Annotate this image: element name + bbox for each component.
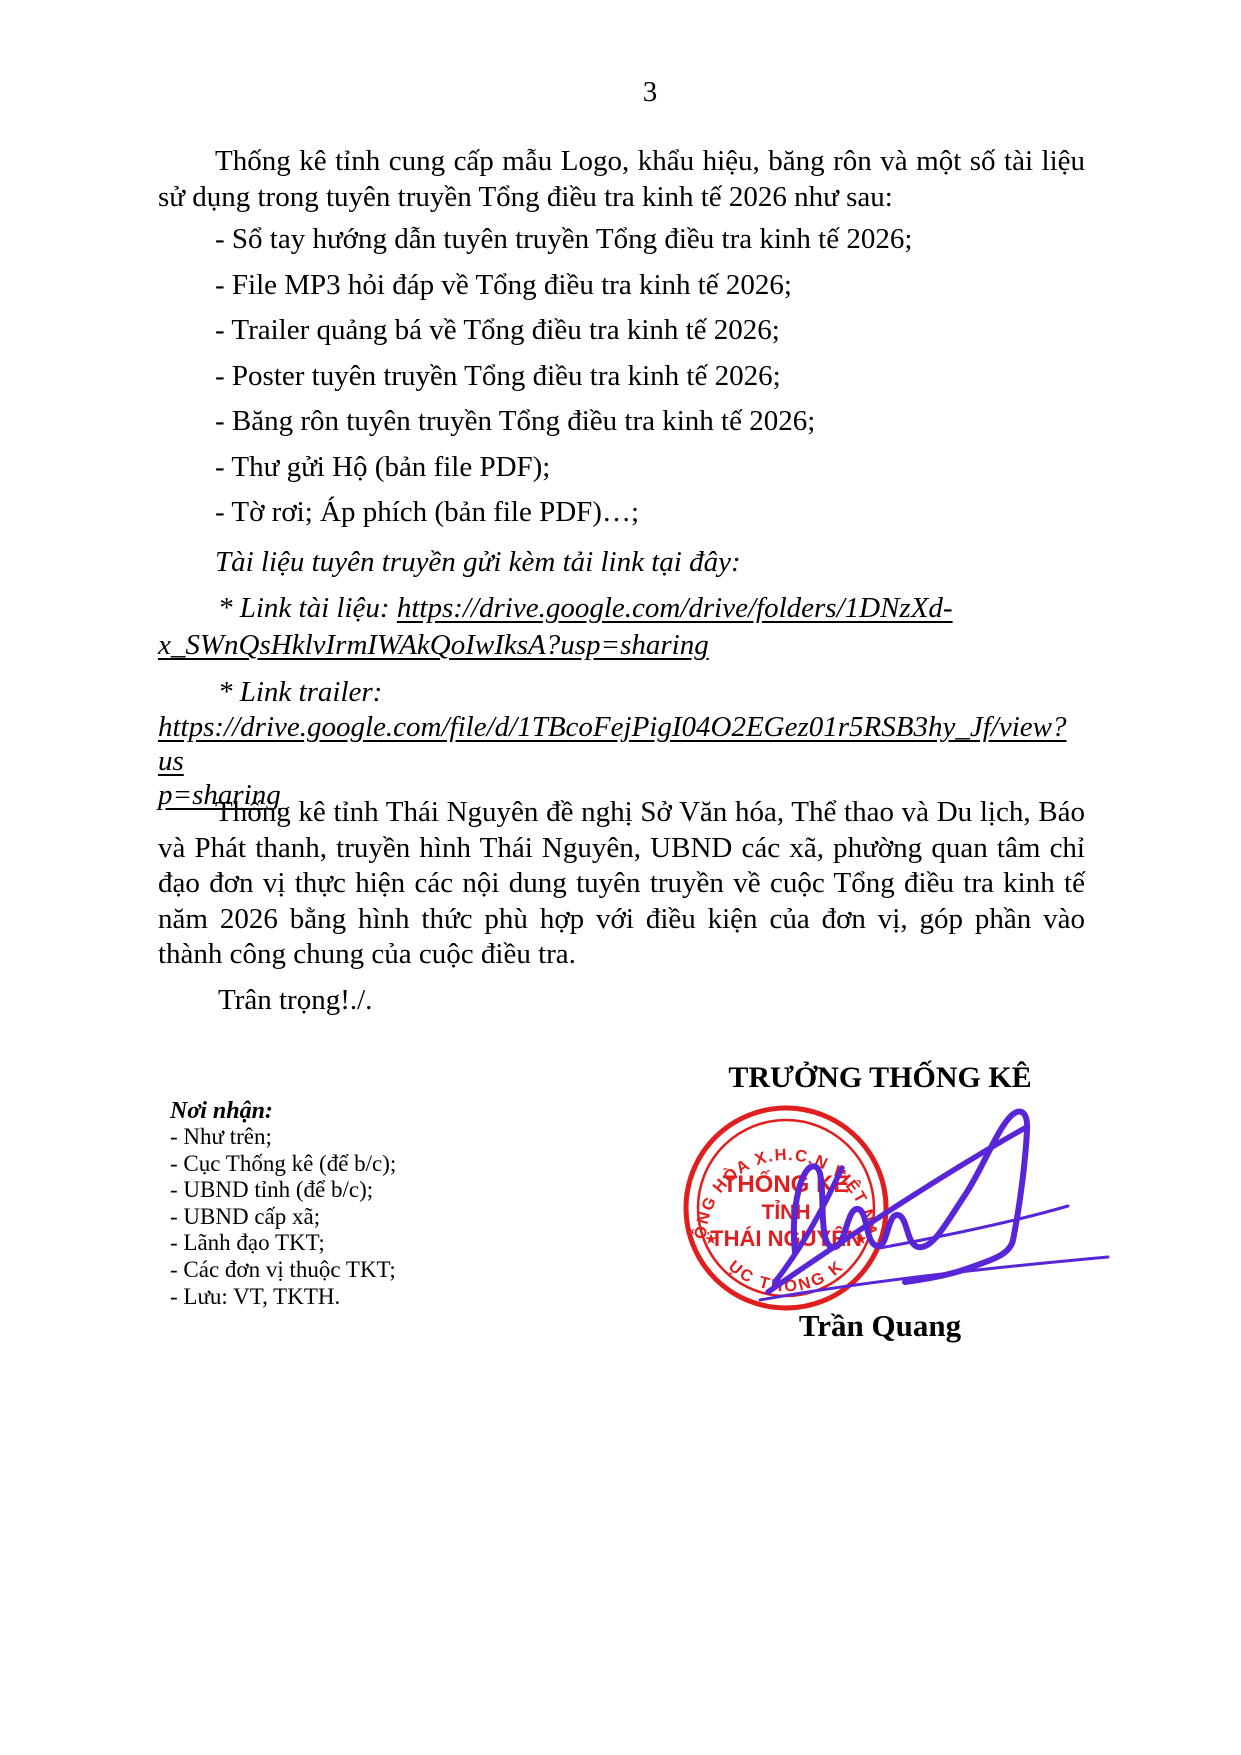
recipient-item: - Lưu: VT, TKTH. — [170, 1284, 396, 1311]
recipients-heading: Nơi nhận: — [170, 1098, 273, 1125]
stamp-center-line3: THÁI NGUYÊN — [710, 1226, 862, 1251]
signer-name: Trần Quang — [680, 1308, 1080, 1344]
document-link-paragraph: * Link tài liệu: https://drive.google.co… — [158, 590, 1085, 664]
stamp-center-line1: THỐNG KÊ — [723, 1170, 850, 1198]
list-item: - Trailer quảng bá về Tổng điều tra kinh… — [158, 312, 1085, 348]
recipient-item: - Như trên; — [170, 1124, 396, 1151]
attachment-note: Tài liệu tuyên truyền gửi kèm tải link t… — [158, 544, 1142, 580]
official-stamp-icon: CỘNG HÒA X.H.C.N VIỆT NAM CỤC THỐNG KÊ ★… — [666, 1088, 906, 1328]
materials-list: - Sổ tay hướng dẫn tuyên truyền Tổng điề… — [158, 221, 1085, 540]
stamp-center-line2: TỈNH — [762, 1201, 811, 1224]
list-item: - Poster tuyên truyền Tổng điều tra kinh… — [158, 358, 1085, 394]
list-item: - Thư gửi Hộ (bản file PDF); — [158, 449, 1085, 485]
list-item: - Sổ tay hướng dẫn tuyên truyền Tổng điề… — [158, 221, 1085, 257]
list-item: - Băng rôn tuyên truyền Tổng điều tra ki… — [158, 403, 1085, 439]
trailer-link-label: * Link trailer: — [158, 674, 1145, 710]
document-link-url[interactable]: https://drive.google.com/drive/folders/1… — [397, 592, 953, 624]
closing-paragraph: Thống kê tỉnh Thái Nguyên đề nghị Sở Văn… — [158, 795, 1085, 973]
regards-line: Trân trọng!./. — [158, 982, 372, 1018]
signature-flourish-upper — [880, 1206, 1068, 1248]
recipient-item: - UBND tỉnh (để b/c); — [170, 1177, 396, 1204]
document-link-line1: * Link tài liệu: https://drive.google.co… — [158, 590, 1085, 627]
document-link-url-continued[interactable]: x_SWnQsHklvIrmIWAkQoIwIksA?usp=sharing — [158, 629, 709, 661]
recipient-item: - Các đơn vị thuộc TKT; — [170, 1257, 396, 1284]
list-item: - File MP3 hỏi đáp về Tổng điều tra kinh… — [158, 267, 1085, 303]
recipient-item: - Cục Thống kê (để b/c); — [170, 1151, 396, 1178]
intro-paragraph: Thống kê tỉnh cung cấp mẫu Logo, khẩu hi… — [158, 143, 1085, 215]
recipients-list: - Như trên; - Cục Thống kê (để b/c); - U… — [170, 1124, 396, 1310]
list-item: - Tờ rơi; Áp phích (bản file PDF)…; — [158, 494, 1085, 530]
trailer-link-url[interactable]: https://drive.google.com/file/d/1TBcoFej… — [158, 711, 1066, 777]
recipient-item: - UBND cấp xã; — [170, 1204, 396, 1231]
page-number: 3 — [525, 74, 775, 110]
recipient-item: - Lãnh đạo TKT; — [170, 1230, 396, 1257]
document-link-label: * Link tài liệu: — [218, 592, 397, 624]
document-page: 3 Thống kê tỉnh cung cấp mẫu Logo, khẩu … — [0, 0, 1241, 1755]
